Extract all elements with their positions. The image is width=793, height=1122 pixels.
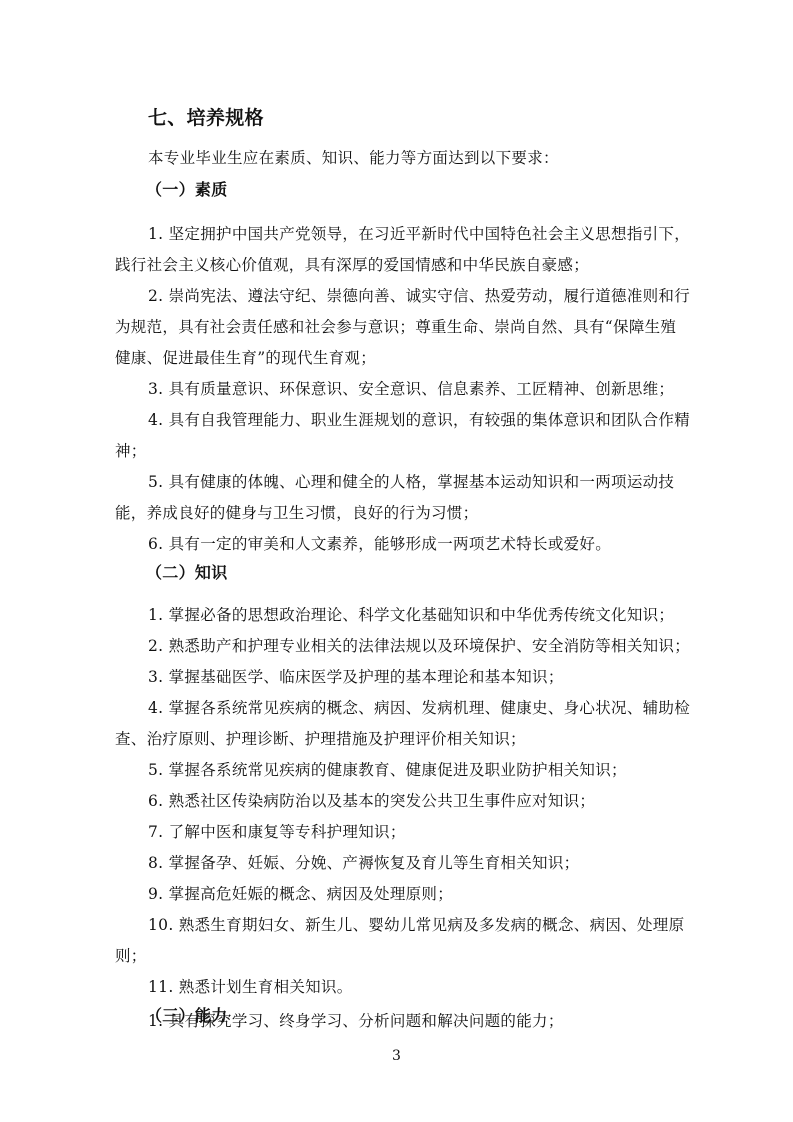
- quality-line: 3. 具有质量意识、环保意识、安全意识、信息素养、工匠精神、创新思维；: [148, 379, 674, 399]
- quality-line: 1. 坚定拥护中国共产党领导，在习近平新时代中国特色社会主义思想指引下，: [148, 224, 690, 244]
- heading-quality: （一）素质: [146, 180, 228, 200]
- knowledge-line: 4. 掌握各系统常见疾病的概念、病因、发病机理、健康史、身心状况、辅助检: [148, 698, 690, 718]
- quality-line: 健康、促进最佳生育”的现代生育观；: [115, 348, 376, 368]
- intro-text: 本专业毕业生应在素质、知识、能力等方面达到以下要求：: [148, 148, 559, 168]
- knowledge-line: 1. 掌握必备的思想政治理论、科学文化基础知识和中华优秀传统文化知识；: [148, 605, 674, 625]
- knowledge-line: 9. 掌握高危妊娠的概念、病因及处理原则；: [148, 884, 453, 904]
- quality-line: 神；: [115, 441, 147, 461]
- quality-line: 2. 崇尚宪法、遵法守纪、崇德向善、诚实守信、热爱劳动，履行道德准则和行: [148, 286, 690, 306]
- knowledge-line: 8. 掌握备孕、妊娠、分娩、产褥恢复及育儿等生育相关知识；: [148, 853, 579, 873]
- knowledge-line: 2. 熟悉助产和护理专业相关的法律法规以及环境保护、安全消防等相关知识；: [148, 636, 690, 656]
- page-number: 3: [0, 1048, 793, 1064]
- document-page: 七、培养规格 本专业毕业生应在素质、知识、能力等方面达到以下要求： （一）素质 …: [0, 0, 793, 1122]
- quality-line: 5. 具有健康的体魄、心理和健全的人格，掌握基本运动知识和一两项运动技: [148, 472, 674, 492]
- knowledge-line: 6. 熟悉社区传染病防治以及基本的突发公共卫生事件应对知识；: [148, 791, 595, 811]
- heading-knowledge: （二）知识: [146, 563, 228, 583]
- knowledge-line: 10. 熟悉生育期妇女、新生儿、婴幼儿常见病及多发病的概念、病因、处理原: [148, 915, 684, 935]
- knowledge-line: 查、治疗原则、护理诊断、护理措施及护理评价相关知识；: [115, 729, 526, 749]
- knowledge-line: 7. 了解中医和康复等专科护理知识；: [148, 822, 406, 842]
- section-title: 七、培养规格: [148, 108, 264, 128]
- quality-line: 践行社会主义核心价值观，具有深厚的爱国情感和中华民族自豪感；: [115, 255, 589, 275]
- quality-line: 为规范，具有社会责任感和社会参与意识；尊重生命、崇尚自然、具有“保障生殖: [115, 317, 676, 337]
- knowledge-line: 11. 熟悉计划生育相关知识。: [148, 977, 353, 997]
- quality-line: 4. 具有自我管理能力、职业生涯规划的意识，有较强的集体意识和团队合作精: [148, 410, 690, 430]
- knowledge-line: 3. 掌握基础医学、临床医学及护理的基本理论和基本知识；: [148, 667, 564, 687]
- quality-line: 能，养成良好的健身与卫生习惯，良好的行为习惯；: [115, 503, 478, 523]
- knowledge-line: 则；: [115, 946, 147, 966]
- quality-line: 6. 具有一定的审美和人文素养，能够形成一两项艺术特长或爱好。: [148, 534, 611, 554]
- ability-line: 1. 具有探究学习、终身学习、分析问题和解决问题的能力；: [148, 1011, 564, 1031]
- knowledge-line: 5. 掌握各系统常见疾病的健康教育、健康促进及职业防护相关知识；: [148, 760, 627, 780]
